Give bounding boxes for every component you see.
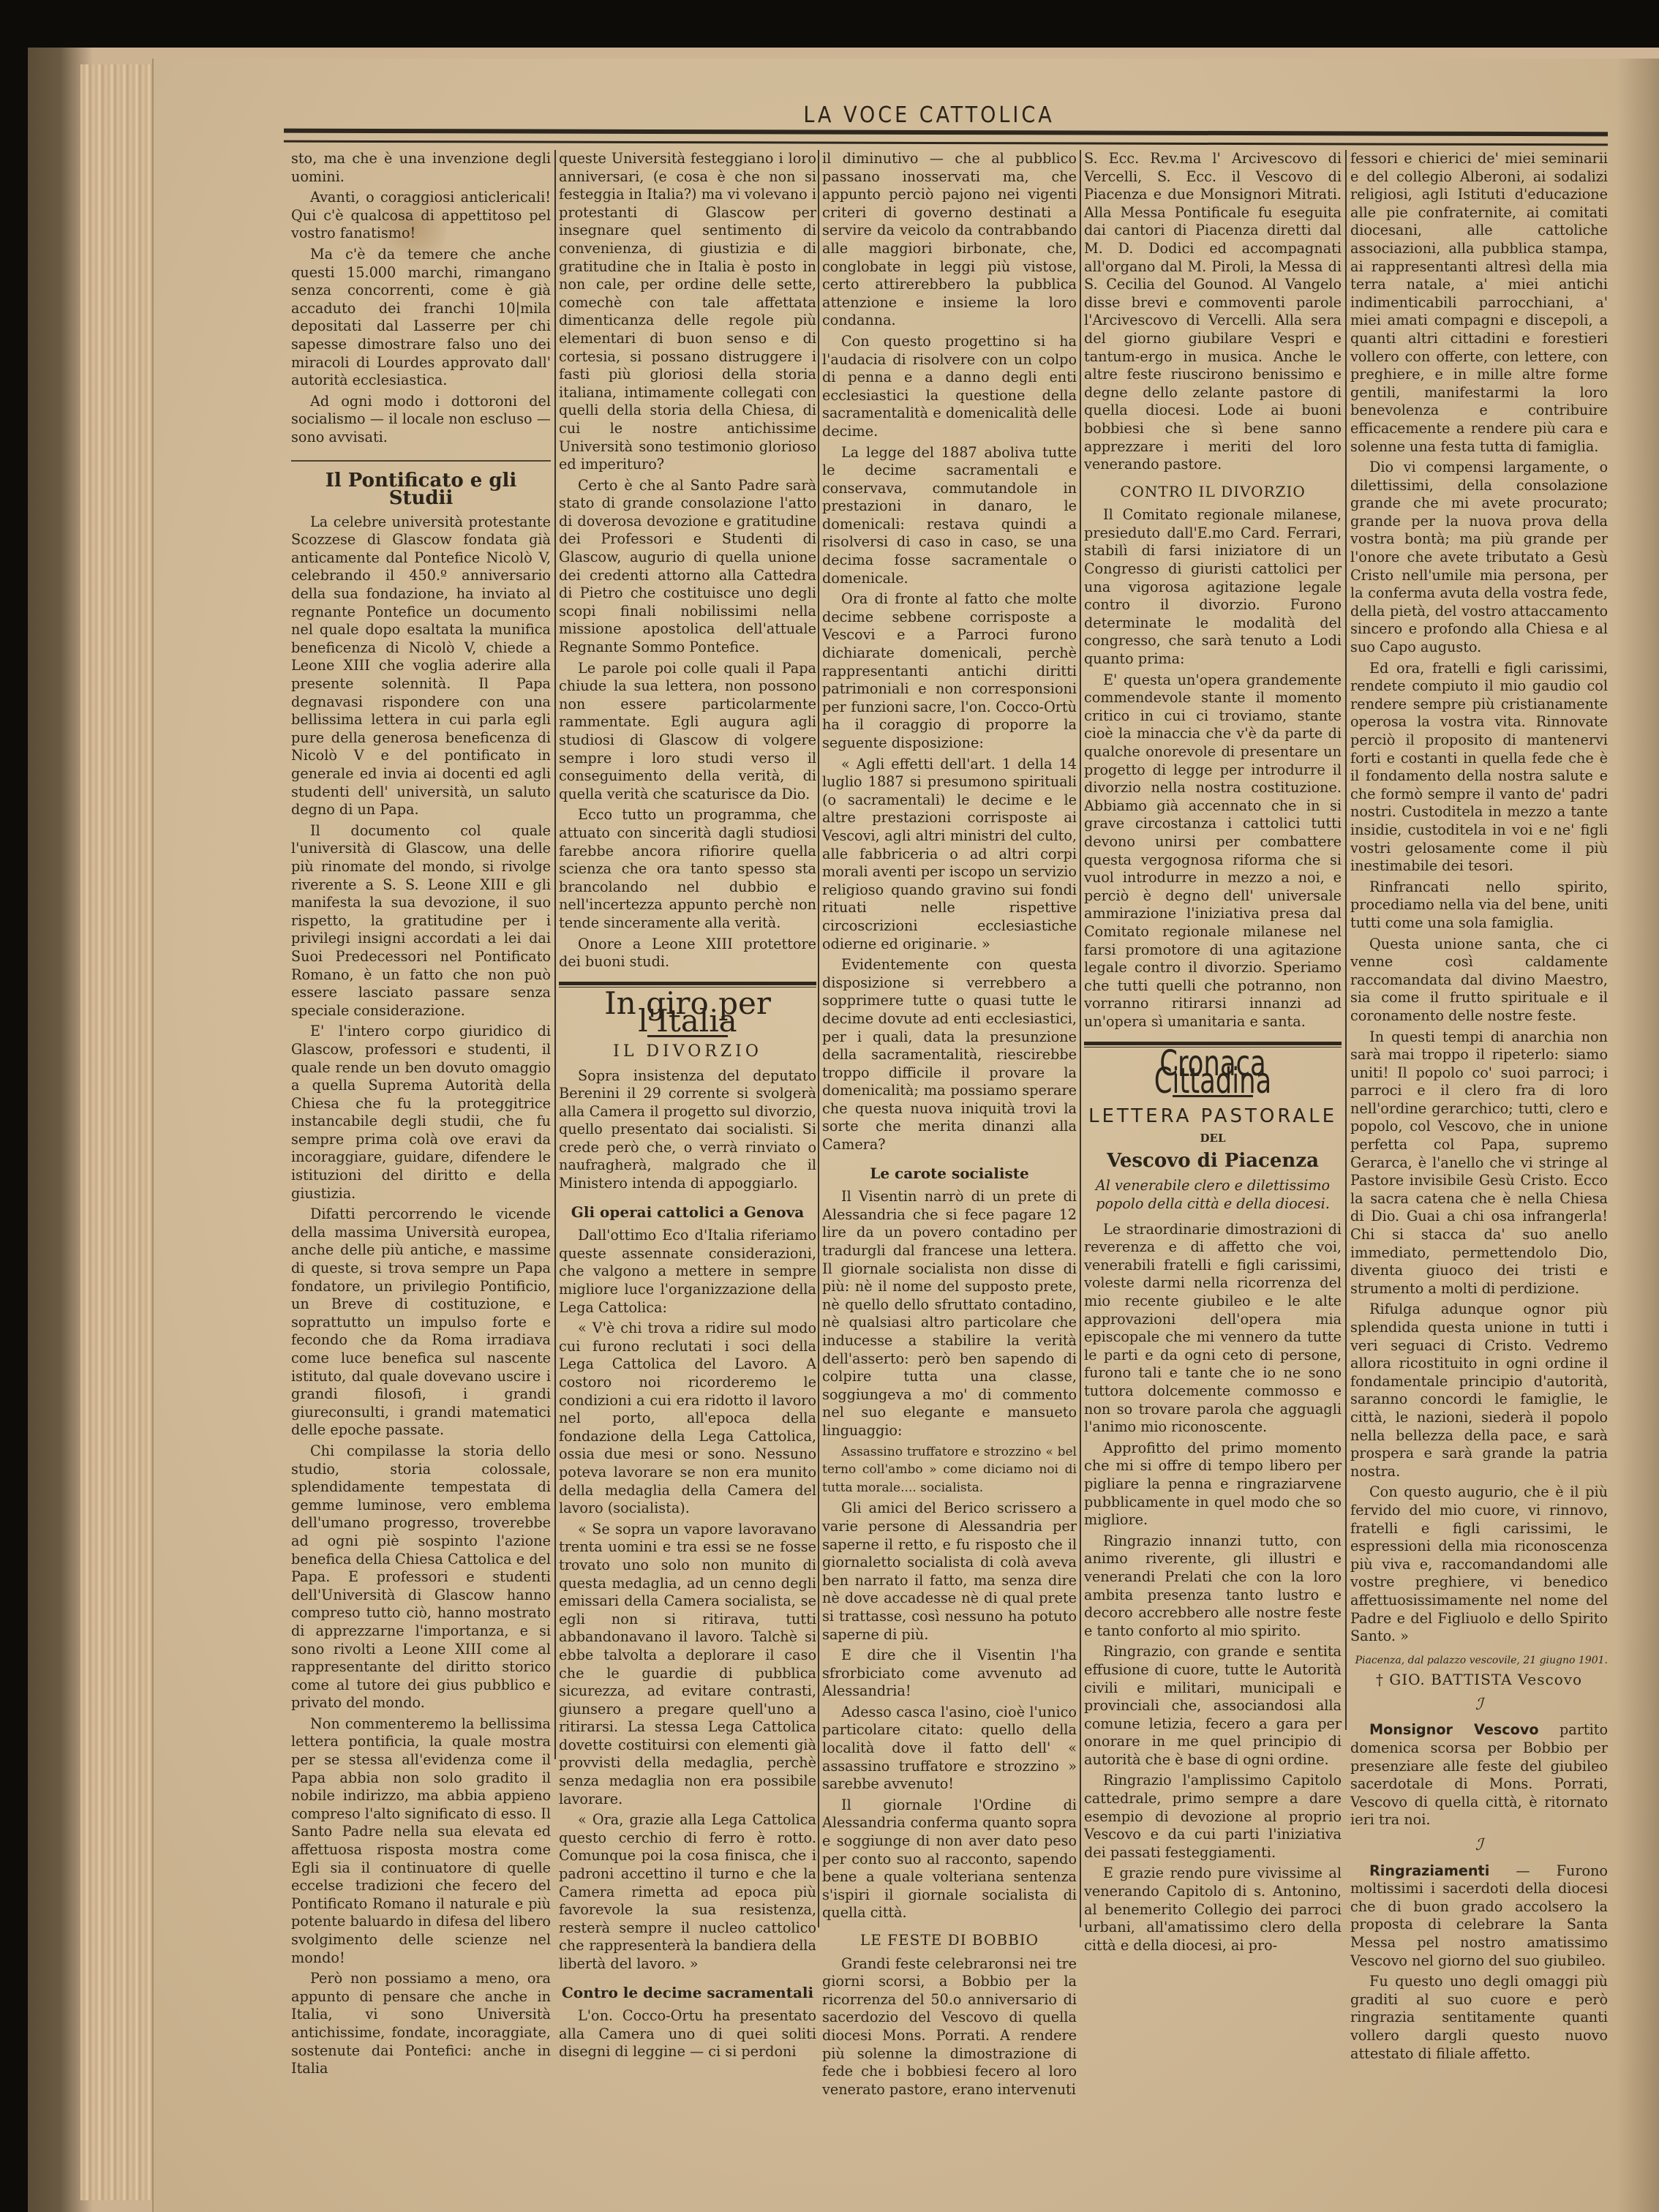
signoff-name: † GIO. BATTISTA Vescovo	[1350, 1671, 1608, 1689]
paragraph: Avanti, o coraggiosi anticlericali! Qui …	[291, 189, 551, 243]
paragraph: sto, ma che è una invenzione degli uomin…	[291, 150, 551, 186]
paragraph: L'on. Cocco-Ortu ha presentato alla Came…	[559, 2007, 816, 2061]
paragraph: Ad ogni modo i dottoroni del socialismo …	[291, 393, 551, 447]
column-divider	[818, 150, 819, 1927]
paragraph: Il documento col quale l'università di G…	[291, 822, 551, 1020]
column-2: queste Università festeggiano i loro ann…	[559, 150, 816, 2064]
paragraph: Ringrazio, con grande e sentita effusion…	[1084, 1643, 1342, 1769]
paragraph: Fu questo uno degli omaggi più graditi a…	[1350, 1973, 1608, 2063]
ornament-icon: ℐ	[1350, 1696, 1608, 1715]
paragraph: « Agli effetti dell'art. 1 della 14 lugl…	[822, 756, 1077, 954]
paragraph: E dire che il Visentin l'ha sfrorbiciato…	[822, 1647, 1077, 1701]
paragraph: E' questa un'opera grandemente commendev…	[1084, 671, 1342, 1031]
paragraph: La celebre università protestante Scozze…	[291, 513, 551, 819]
paragraph: S. Ecc. Rev.ma l' Arcivescovo di Vercell…	[1084, 150, 1342, 474]
signoff-place-date: Piacenza, dal palazzo vescovile, 21 giug…	[1350, 1652, 1608, 1670]
paragraph: fessori e chierici de' miei seminarii e …	[1350, 150, 1608, 456]
ornament-icon: ℐ	[1350, 1837, 1608, 1855]
paragraph: Adesso casca l'asino, cioè l'unico parti…	[822, 1704, 1077, 1794]
page-edges	[80, 64, 154, 2200]
paragraph: Assassino truffatore e strozzino « bel t…	[822, 1443, 1077, 1497]
subheading: DEL	[1084, 1129, 1342, 1148]
paragraph: Ringrazio innanzi tutto, con animo river…	[1084, 1532, 1342, 1641]
subheading: Vescovo di Piacenza	[1084, 1152, 1342, 1170]
lead-in: Ringraziamenti	[1369, 1862, 1489, 1879]
paragraph: Gli amici del Berico scrissero a varie p…	[822, 1500, 1077, 1644]
page-curl-shadow	[1617, 59, 1659, 2212]
paragraph: Ed ora, fratelli e figli carissimi, rend…	[1350, 660, 1608, 876]
paragraph: Rifulga adunque ognor più splendida ques…	[1350, 1301, 1608, 1481]
column-divider	[1080, 150, 1081, 1927]
paragraph: Il Comitato regionale milanese, presiedu…	[1084, 506, 1342, 668]
paragraph: Ringraziamenti — Furono moltissimi i sac…	[1350, 1862, 1608, 1971]
subheading: CONTRO IL DIVORZIO	[1084, 483, 1342, 501]
column-3: il diminutivo — che al pubblico passano …	[822, 150, 1077, 2102]
paragraph: Onore a Leone XIII protettore dei buoni …	[559, 936, 816, 971]
paragraph: Questa unione santa, che ci venne così c…	[1350, 936, 1608, 1026]
column-1: sto, ma che è una invenzione degli uomin…	[291, 150, 551, 2081]
column-4: S. Ecc. Rev.ma l' Arcivescovo di Vercell…	[1084, 150, 1342, 1957]
subheading: Contro le decime sacramentali	[559, 1984, 816, 2002]
paragraph: Chi compilasse la storia dello studio, s…	[291, 1442, 551, 1712]
subheading: LE FESTE DI BOBBIO	[822, 1931, 1077, 1949]
section-divider	[291, 460, 551, 462]
subheading: Gli operai cattolici a Genova	[559, 1203, 816, 1222]
paragraph: Però non possiamo a meno, ora appunto di…	[291, 1970, 551, 2078]
subheading: IL DIVORZIO	[559, 1043, 816, 1061]
paragraph: Ecco tutto un programma, che attuato con…	[559, 806, 816, 932]
paragraph: Certo è che al Santo Padre sarà stato di…	[559, 477, 816, 657]
dedication: Al venerabile clero e dilettissimo popol…	[1084, 1177, 1342, 1213]
paragraph: E grazie rendo pure vivissime al veneran…	[1084, 1865, 1342, 1955]
paragraph: Con questo progettino si ha l'audacia di…	[822, 333, 1077, 441]
column-5: fessori e chierici de' miei seminarii e …	[1350, 150, 1608, 2066]
lead-in: Monsignor Vescovo	[1369, 1721, 1539, 1738]
paragraph: Difatti percorrendo le vicende della mas…	[291, 1205, 551, 1440]
paragraph: La legge del 1887 aboliva tutte le decim…	[822, 444, 1077, 588]
article-title: Il Pontificato e gli Studii	[291, 472, 551, 508]
paragraph: Con questo augurio, che è il più fervido…	[1350, 1483, 1608, 1645]
subheading: Le carote socialiste	[822, 1165, 1077, 1183]
paragraph: Dio vi compensi largamente, o dilettissi…	[1350, 459, 1608, 657]
paragraph: Ma c'è da temere che anche questi 15.000…	[291, 246, 551, 390]
paragraph: Ora di fronte al fatto che molte decime …	[822, 590, 1077, 752]
column-divider	[1345, 150, 1347, 1730]
paragraph: Approfitto del primo momento che mi si o…	[1084, 1440, 1342, 1530]
paragraph: E' l'intero corpo giuridico di Glascow, …	[291, 1023, 551, 1203]
column-divider	[554, 150, 556, 1759]
paragraph: « V'è chi trova a ridire sul modo cui fu…	[559, 1320, 816, 1518]
paragraph: Le straordinarie dimostrazioni di revere…	[1084, 1221, 1342, 1437]
section-title: In giro per l'Italia	[559, 995, 816, 1031]
paragraph: Monsignor Vescovo partito domenica scors…	[1350, 1721, 1608, 1829]
masthead-title: LA VOCE CATTOLICA	[746, 102, 1112, 128]
paragraph: Non commenteremo la bellissima lettera p…	[291, 1715, 551, 1967]
paragraph: Le parole poi colle quali il Papa chiude…	[559, 660, 816, 804]
paragraph: Grandi feste celebraronsi nei tre giorni…	[822, 1955, 1077, 2099]
paragraph: Evidentemente con questa disposizione si…	[822, 956, 1077, 1154]
paragraph: Sopra insistenza del deputato Berenini i…	[559, 1067, 816, 1193]
section-title: Cronaca Cittadina	[1107, 1055, 1319, 1091]
paragraph: « Se sopra un vapore lavoravano trenta u…	[559, 1521, 816, 1809]
paragraph: Ringrazio l'amplissimo Capitolo cattedra…	[1084, 1772, 1342, 1862]
subheading: LETTERA PASTORALE	[1084, 1107, 1342, 1126]
paragraph: Il giornale l'Ordine di Alessandria conf…	[822, 1797, 1077, 1922]
paragraph: Dall'ottimo Eco d'Italia riferiamo quest…	[559, 1227, 816, 1317]
paragraph: « Ora, grazie alla Lega Cattolica questo…	[559, 1811, 816, 1973]
paragraph: Rinfrancati nello spirito, procediamo ne…	[1350, 879, 1608, 933]
paragraph: il diminutivo — che al pubblico passano …	[822, 150, 1077, 330]
paragraph: In questi tempi di anarchia non sarà mai…	[1350, 1028, 1608, 1298]
paragraph: queste Università festeggiano i loro ann…	[559, 150, 816, 474]
paragraph: Il Visentin narrò di un prete di Alessan…	[822, 1188, 1077, 1440]
